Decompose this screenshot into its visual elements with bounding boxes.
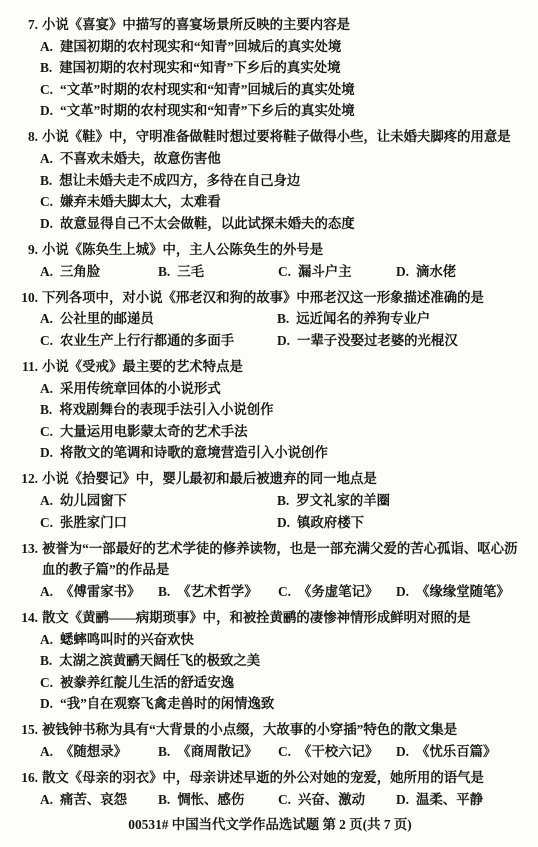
option: A. 《随想录》 bbox=[40, 741, 158, 763]
option-text: 《随想录》 bbox=[60, 741, 127, 763]
option: C. 漏斗户主 bbox=[278, 261, 396, 283]
option-text: 漏斗户主 bbox=[298, 261, 352, 283]
option-label: A. bbox=[40, 741, 53, 763]
option: A. 建国初期的农村现实和“知青”回城后的真实处境 bbox=[40, 36, 526, 58]
option-label: C. bbox=[40, 330, 53, 352]
option-label: B. bbox=[158, 789, 170, 811]
option-text: “我”自在观察飞禽走兽时的闲情逸致 bbox=[60, 693, 274, 715]
question-12: 12. 小说《拾婴记》中，婴儿最初和最后被遗弃的同一地点是 A. 幼儿园窗下 B… bbox=[14, 468, 526, 533]
question-stem: 下列各项中，对小说《邢老汉和狗的故事》中邢老汉这一形象描述准确的是 bbox=[42, 287, 526, 309]
option-label: B. bbox=[277, 308, 289, 330]
option: D. 将散文的笔调和诗歌的意境营造引入小说创作 bbox=[40, 442, 526, 464]
option-label: C. bbox=[278, 789, 291, 811]
option: B. 太湖之滨黄鹂天阔任飞的极致之美 bbox=[40, 650, 526, 672]
option-label: B. bbox=[158, 261, 170, 283]
option-text: 三角脸 bbox=[60, 261, 100, 283]
option: D. 镇政府楼下 bbox=[277, 512, 526, 534]
option: A. 公社里的邮递员 bbox=[40, 308, 277, 330]
question-stem: 小说《喜宴》中描写的喜宴场景所反映的主要内容是 bbox=[42, 14, 526, 36]
question-10: 10. 下列各项中，对小说《邢老汉和狗的故事》中邢老汉这一形象描述准确的是 A.… bbox=[14, 287, 526, 352]
option-text: 农业生产上行行都通的多面手 bbox=[60, 330, 234, 352]
option: C. 嫌弃未婚夫脚太大，太难看 bbox=[40, 191, 526, 213]
question-stem: 小说《拾婴记》中，婴儿最初和最后被遗弃的同一地点是 bbox=[42, 468, 526, 490]
options-list: A. 《傅雷家书》 B. 《艺术哲学》 C. 《务虚笔记》 D. 《缘缘堂随笔》 bbox=[40, 581, 526, 603]
question-9: 9. 小说《陈奂生上城》中，主人公陈奂生的外号是 A. 三角脸 B. 三毛 C.… bbox=[14, 239, 526, 282]
question-number: 11. bbox=[14, 356, 38, 378]
option-label: B. bbox=[158, 741, 170, 763]
option-text: 兴奋、激动 bbox=[298, 789, 365, 811]
question-stem: 小说《受戒》最主要的艺术特点是 bbox=[42, 356, 526, 378]
option-text: 三毛 bbox=[177, 261, 204, 283]
option-label: C. bbox=[278, 581, 291, 603]
option: C. 张胜家门口 bbox=[40, 512, 277, 534]
option: C. 兴奋、激动 bbox=[278, 789, 396, 811]
option-label: D. bbox=[40, 100, 53, 122]
option-text: 滴水佬 bbox=[416, 261, 456, 283]
question-number: 13. bbox=[14, 538, 38, 560]
option-label: B. bbox=[40, 650, 52, 672]
question-number: 15. bbox=[14, 719, 38, 741]
question-head: 15. 被钱钟书称为具有“大背景的小点缀，大故事的小穿插”特色的散文集是 bbox=[14, 719, 526, 741]
option-label: D. bbox=[277, 330, 290, 352]
option-label: C. bbox=[40, 79, 53, 101]
option: C. 《干校六记》 bbox=[278, 741, 396, 763]
option-text: 建国初期的农村现实和“知青”下乡后的真实处境 bbox=[59, 57, 340, 79]
option-text: 将散文的笔调和诗歌的意境营造引入小说创作 bbox=[60, 442, 328, 464]
option-label: A. bbox=[40, 581, 53, 603]
option-text: 太湖之滨黄鹂天阔任飞的极致之美 bbox=[59, 650, 260, 672]
option-text: “文革”时期的农村现实和“知青”下乡后的真实处境 bbox=[60, 100, 355, 122]
option-text: 《缘缘堂随笔》 bbox=[416, 581, 510, 603]
option: A. 采用传统章回体的小说形式 bbox=[40, 378, 526, 400]
option: C. 《务虚笔记》 bbox=[278, 581, 396, 603]
option-label: C. bbox=[278, 261, 291, 283]
option-label: A. bbox=[40, 36, 53, 58]
options-list: A. 公社里的邮递员 B. 远近闻名的养狗专业户 C. 农业生产上行行都通的多面… bbox=[40, 308, 526, 351]
option-label: D. bbox=[396, 741, 409, 763]
question-number: 14. bbox=[14, 607, 38, 629]
option-text: 《务虚笔记》 bbox=[298, 581, 378, 603]
option-label: D. bbox=[396, 261, 409, 283]
question-head: 14. 散文《黄鹂——病期琐事》中，和被拴黄鹂的凄惨神情形成鲜明对照的是 bbox=[14, 607, 526, 629]
question-16: 16. 散文《母亲的羽衣》中，母亲讲述早逝的外公对她的宠爱，她所用的语气是 A.… bbox=[14, 767, 526, 810]
option-text: 幼儿园窗下 bbox=[60, 490, 127, 512]
option: D. 故意显得自己不太会做鞋，以此试探未婚夫的态度 bbox=[40, 213, 526, 235]
option: A. 痛苦、哀怨 bbox=[40, 789, 158, 811]
option-text: 张胜家门口 bbox=[60, 512, 127, 534]
option-label: A. bbox=[40, 378, 53, 400]
question-stem: 被钱钟书称为具有“大背景的小点缀，大故事的小穿插”特色的散文集是 bbox=[42, 719, 526, 741]
option-label: B. bbox=[158, 581, 170, 603]
option-label: B. bbox=[277, 490, 289, 512]
option-text: 《商周散记》 bbox=[177, 741, 257, 763]
option: D. 滴水佬 bbox=[396, 261, 526, 283]
option: B. 将戏剧舞台的表现手法引入小说创作 bbox=[40, 399, 526, 421]
question-stem: 被誉为“一部最好的艺术学徒的修养读物，也是一部充满父爱的苦心孤诣、呕心沥血的教子… bbox=[42, 538, 526, 581]
option-text: 想让未婚夫走不成四方，多待在自己身边 bbox=[59, 170, 300, 192]
question-stem: 散文《母亲的羽衣》中，母亲讲述早逝的外公对她的宠爱，她所用的语气是 bbox=[42, 767, 526, 789]
option-label: C. bbox=[278, 741, 291, 763]
options-list: A. 三角脸 B. 三毛 C. 漏斗户主 D. 滴水佬 bbox=[40, 261, 526, 283]
question-number: 9. bbox=[14, 239, 38, 261]
option: A. 幼儿园窗下 bbox=[40, 490, 277, 512]
option: D. 一辈子没娶过老婆的光棍汉 bbox=[277, 330, 526, 352]
option-label: D. bbox=[396, 789, 409, 811]
option-text: 故意显得自己不太会做鞋，以此试探未婚夫的态度 bbox=[60, 213, 355, 235]
option-text: 《忧乐百篇》 bbox=[416, 741, 496, 763]
question-head: 12. 小说《拾婴记》中，婴儿最初和最后被遗弃的同一地点是 bbox=[14, 468, 526, 490]
option-text: 大量运用电影蒙太奇的艺术手法 bbox=[60, 421, 247, 443]
option-label: D. bbox=[40, 693, 53, 715]
question-number: 12. bbox=[14, 468, 38, 490]
question-14: 14. 散文《黄鹂——病期琐事》中，和被拴黄鹂的凄惨神情形成鲜明对照的是 A. … bbox=[14, 607, 526, 715]
option: B. 想让未婚夫走不成四方，多待在自己身边 bbox=[40, 170, 526, 192]
option-text: 惆怅、感伤 bbox=[177, 789, 244, 811]
question-head: 10. 下列各项中，对小说《邢老汉和狗的故事》中邢老汉这一形象描述准确的是 bbox=[14, 287, 526, 309]
options-list: A. 采用传统章回体的小说形式 B. 将戏剧舞台的表现手法引入小说创作 C. 大… bbox=[40, 378, 526, 464]
question-11: 11. 小说《受戒》最主要的艺术特点是 A. 采用传统章回体的小说形式 B. 将… bbox=[14, 356, 526, 464]
question-head: 8. 小说《鞋》中，守明准备做鞋时想过要将鞋子做得小些，让未婚夫脚疼的用意是 bbox=[14, 126, 526, 148]
option: A. 《傅雷家书》 bbox=[40, 581, 158, 603]
option-label: B. bbox=[40, 57, 52, 79]
option-label: D. bbox=[396, 581, 409, 603]
option: B. 三毛 bbox=[158, 261, 278, 283]
option-text: 建国初期的农村现实和“知青”回城后的真实处境 bbox=[60, 36, 341, 58]
option-text: 《艺术哲学》 bbox=[177, 581, 257, 603]
option: B. 罗文礼家的羊圈 bbox=[277, 490, 526, 512]
options-list: A. 幼儿园窗下 B. 罗文礼家的羊圈 C. 张胜家门口 D. 镇政府楼下 bbox=[40, 490, 526, 533]
option: D. 温柔、平静 bbox=[396, 789, 526, 811]
option-text: 远近闻名的养狗专业户 bbox=[296, 308, 430, 330]
option: A. 蟋蟀鸣叫时的兴奋欢快 bbox=[40, 629, 526, 651]
question-head: 7. 小说《喜宴》中描写的喜宴场景所反映的主要内容是 bbox=[14, 14, 526, 36]
option: C. 被豢养红靛儿生活的舒适安逸 bbox=[40, 672, 526, 694]
option-label: B. bbox=[40, 399, 52, 421]
option-text: 蟋蟀鸣叫时的兴奋欢快 bbox=[60, 629, 194, 651]
option-label: B. bbox=[40, 170, 52, 192]
option: B. 惆怅、感伤 bbox=[158, 789, 278, 811]
option: C. “文革”时期的农村现实和“知青”回城后的真实处境 bbox=[40, 79, 526, 101]
option: D. 《忧乐百篇》 bbox=[396, 741, 526, 763]
question-stem: 小说《陈奂生上城》中，主人公陈奂生的外号是 bbox=[42, 239, 526, 261]
option-text: 不喜欢未婚夫，故意伤害他 bbox=[60, 148, 221, 170]
question-number: 10. bbox=[14, 287, 38, 309]
option-text: 被豢养红靛儿生活的舒适安逸 bbox=[60, 672, 234, 694]
option: C. 大量运用电影蒙太奇的艺术手法 bbox=[40, 421, 526, 443]
question-stem: 小说《鞋》中，守明准备做鞋时想过要将鞋子做得小些，让未婚夫脚疼的用意是 bbox=[42, 126, 526, 148]
page-footer: 00531# 中国当代文学作品选试题 第 2 页(共 7 页) bbox=[14, 814, 526, 836]
options-list: A. 建国初期的农村现实和“知青”回城后的真实处境 B. 建国初期的农村现实和“… bbox=[40, 36, 526, 122]
option-text: 嫌弃未婚夫脚太大，太难看 bbox=[60, 191, 221, 213]
question-8: 8. 小说《鞋》中，守明准备做鞋时想过要将鞋子做得小些，让未婚夫脚疼的用意是 A… bbox=[14, 126, 526, 234]
question-number: 16. bbox=[14, 767, 38, 789]
option-label: A. bbox=[40, 629, 53, 651]
question-15: 15. 被钱钟书称为具有“大背景的小点缀，大故事的小穿插”特色的散文集是 A. … bbox=[14, 719, 526, 762]
question-stem: 散文《黄鹂——病期琐事》中，和被拴黄鹂的凄惨神情形成鲜明对照的是 bbox=[42, 607, 526, 629]
question-head: 16. 散文《母亲的羽衣》中，母亲讲述早逝的外公对她的宠爱，她所用的语气是 bbox=[14, 767, 526, 789]
options-list: A. 痛苦、哀怨 B. 惆怅、感伤 C. 兴奋、激动 D. 温柔、平静 bbox=[40, 789, 526, 811]
option-text: 将戏剧舞台的表现手法引入小说创作 bbox=[59, 399, 273, 421]
option-text: 《傅雷家书》 bbox=[60, 581, 140, 603]
question-head: 13. 被誉为“一部最好的艺术学徒的修养读物，也是一部充满父爱的苦心孤诣、呕心沥… bbox=[14, 538, 526, 581]
option: A. 不喜欢未婚夫，故意伤害他 bbox=[40, 148, 526, 170]
question-number: 8. bbox=[14, 126, 38, 148]
question-number: 7. bbox=[14, 14, 38, 36]
option: B. 《商周散记》 bbox=[158, 741, 278, 763]
option-label: D. bbox=[40, 442, 53, 464]
option-label: D. bbox=[40, 213, 53, 235]
option-label: A. bbox=[40, 148, 53, 170]
option-text: “文革”时期的农村现实和“知青”回城后的真实处境 bbox=[60, 79, 355, 101]
option-text: 采用传统章回体的小说形式 bbox=[60, 378, 221, 400]
option-label: D. bbox=[277, 512, 290, 534]
option-text: 公社里的邮递员 bbox=[60, 308, 154, 330]
option: B. 远近闻名的养狗专业户 bbox=[277, 308, 526, 330]
question-7: 7. 小说《喜宴》中描写的喜宴场景所反映的主要内容是 A. 建国初期的农村现实和… bbox=[14, 14, 526, 122]
question-head: 9. 小说《陈奂生上城》中，主人公陈奂生的外号是 bbox=[14, 239, 526, 261]
option: B. 建国初期的农村现实和“知青”下乡后的真实处境 bbox=[40, 57, 526, 79]
option-text: 温柔、平静 bbox=[416, 789, 483, 811]
options-list: A. 蟋蟀鸣叫时的兴奋欢快 B. 太湖之滨黄鹂天阔任飞的极致之美 C. 被豢养红… bbox=[40, 629, 526, 715]
option: A. 三角脸 bbox=[40, 261, 158, 283]
option-label: C. bbox=[40, 512, 53, 534]
option-text: 镇政府楼下 bbox=[297, 512, 364, 534]
option-label: A. bbox=[40, 261, 53, 283]
option-label: A. bbox=[40, 789, 53, 811]
option: D. “文革”时期的农村现实和“知青”下乡后的真实处境 bbox=[40, 100, 526, 122]
options-list: A. 《随想录》 B. 《商周散记》 C. 《干校六记》 D. 《忧乐百篇》 bbox=[40, 741, 526, 763]
option: B. 《艺术哲学》 bbox=[158, 581, 278, 603]
option: D. “我”自在观察飞禽走兽时的闲情逸致 bbox=[40, 693, 526, 715]
question-13: 13. 被誉为“一部最好的艺术学徒的修养读物，也是一部充满父爱的苦心孤诣、呕心沥… bbox=[14, 538, 526, 603]
options-list: A. 不喜欢未婚夫，故意伤害他 B. 想让未婚夫走不成四方，多待在自己身边 C.… bbox=[40, 148, 526, 234]
option-text: 罗文礼家的羊圈 bbox=[296, 490, 390, 512]
option-label: C. bbox=[40, 672, 53, 694]
option-text: 《干校六记》 bbox=[298, 741, 378, 763]
question-head: 11. 小说《受戒》最主要的艺术特点是 bbox=[14, 356, 526, 378]
option-text: 痛苦、哀怨 bbox=[60, 789, 127, 811]
option-label: C. bbox=[40, 421, 53, 443]
option-label: A. bbox=[40, 308, 53, 330]
option-text: 一辈子没娶过老婆的光棍汉 bbox=[297, 330, 458, 352]
option: C. 农业生产上行行都通的多面手 bbox=[40, 330, 277, 352]
exam-page: 7. 小说《喜宴》中描写的喜宴场景所反映的主要内容是 A. 建国初期的农村现实和… bbox=[0, 0, 538, 847]
option-label: A. bbox=[40, 490, 53, 512]
option-label: C. bbox=[40, 191, 53, 213]
option: D. 《缘缘堂随笔》 bbox=[396, 581, 526, 603]
